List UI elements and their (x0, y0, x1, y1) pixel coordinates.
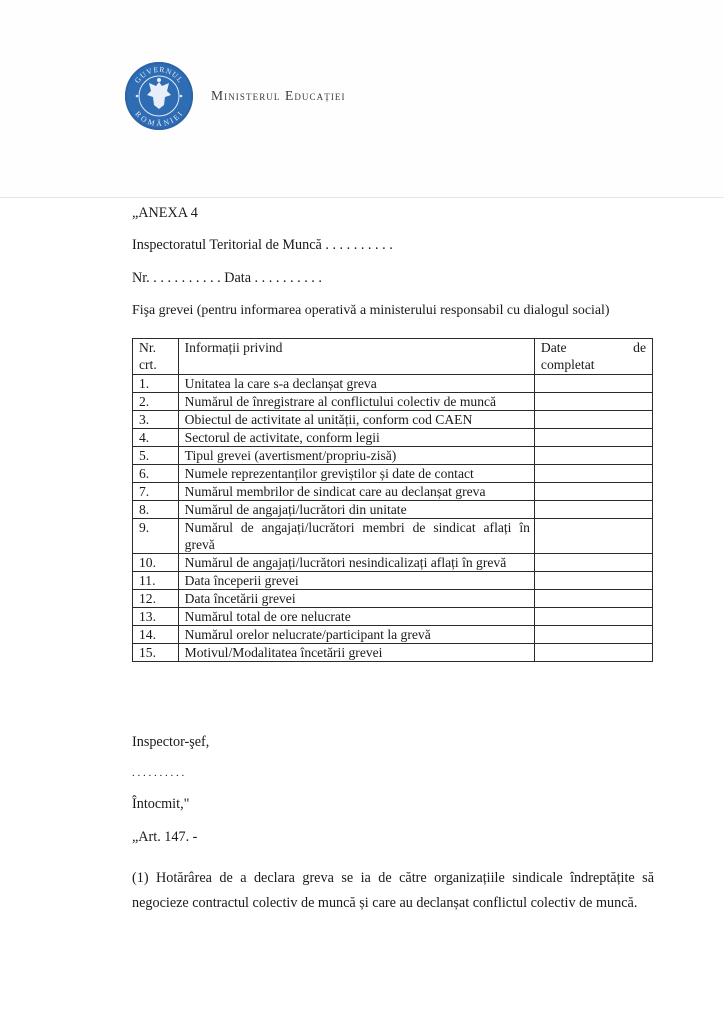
row-number: 10. (133, 554, 179, 572)
row-value-cell[interactable] (534, 375, 652, 393)
row-number: 15. (133, 644, 179, 662)
row-info: Numărul de angajați/lucrători din unitat… (178, 501, 534, 519)
article-heading: „Art. 147. - (132, 829, 197, 846)
row-info: Tipul grevei (avertisment/propriu-zisă) (178, 447, 534, 465)
row-info: Numărul total de ore nelucrate (178, 608, 534, 626)
row-value-cell[interactable] (534, 465, 652, 483)
government-seal-icon: GUVERNUL ROMÂNIEI (125, 62, 193, 130)
ministry-name: Ministerul Educației (211, 88, 346, 104)
table-row: 1.Unitatea la care s-a declanșat greva (133, 375, 653, 393)
row-number: 13. (133, 608, 179, 626)
table-row: 15.Motivul/Modalitatea încetării grevei (133, 644, 653, 662)
row-value-cell[interactable] (534, 554, 652, 572)
row-info: Numărul de angajați/lucrători nesindical… (178, 554, 534, 572)
table-row: 9.Numărul de angajați/lucrători membri d… (133, 519, 653, 554)
article-paragraph: (1) Hotărârea de a declara greva se ia d… (132, 866, 654, 916)
row-number: 11. (133, 572, 179, 590)
row-value-cell[interactable] (534, 393, 652, 411)
table-row: 12.Data încetării grevei (133, 590, 653, 608)
table-row: 7.Numărul membrilor de sindicat care au … (133, 483, 653, 501)
row-number: 5. (133, 447, 179, 465)
header-value: Date de completat (534, 339, 652, 375)
table-header-row: Nr. crt. Informații privind Date de comp… (133, 339, 653, 375)
table-row: 8.Numărul de angajați/lucrători din unit… (133, 501, 653, 519)
row-value-cell[interactable] (534, 429, 652, 447)
row-value-cell[interactable] (534, 590, 652, 608)
row-info: Numărul de înregistrare al conflictului … (178, 393, 534, 411)
signature-label: Inspector-şef, (132, 734, 209, 751)
table-row: 6.Numele reprezentanților greviștilor și… (133, 465, 653, 483)
row-number: 12. (133, 590, 179, 608)
row-number: 3. (133, 411, 179, 429)
table-row: 13.Numărul total de ore nelucrate (133, 608, 653, 626)
header-value-completat: completat (541, 356, 652, 373)
row-info: Data începerii grevei (178, 572, 534, 590)
header-value-date: Date (541, 339, 567, 356)
row-number: 6. (133, 465, 179, 483)
header-nr: Nr. crt. (133, 339, 179, 375)
row-number: 2. (133, 393, 179, 411)
annex-title: „ANEXA 4 (132, 205, 198, 222)
table-row: 5.Tipul grevei (avertisment/propriu-zisă… (133, 447, 653, 465)
form-title: Fişa grevei (pentru informarea operativă… (132, 303, 610, 319)
row-number: 1. (133, 375, 179, 393)
row-number: 8. (133, 501, 179, 519)
table-row: 14.Numărul orelor nelucrate/participant … (133, 626, 653, 644)
header-divider (0, 197, 724, 198)
row-value-cell[interactable] (534, 519, 652, 554)
table-row: 11.Data începerii grevei (133, 572, 653, 590)
row-info: Obiectul de activitate al unității, conf… (178, 411, 534, 429)
row-info: Numărul de angajați/lucrători membri de … (178, 519, 534, 554)
letterhead: GUVERNUL ROMÂNIEI Ministerul Educației (0, 0, 724, 196)
table-row: 4.Sectorul de activitate, conform legii (133, 429, 653, 447)
header-value-de: de (633, 339, 646, 356)
row-info: Sectorul de activitate, conform legii (178, 429, 534, 447)
table-row: 2.Numărul de înregistrare al conflictulu… (133, 393, 653, 411)
table-row: 10.Numărul de angajați/lucrători nesindi… (133, 554, 653, 572)
row-value-cell[interactable] (534, 483, 652, 501)
row-value-cell[interactable] (534, 626, 652, 644)
row-number: 14. (133, 626, 179, 644)
row-info: Numele reprezentanților greviștilor și d… (178, 465, 534, 483)
strike-form-table: Nr. crt. Informații privind Date de comp… (132, 338, 653, 662)
inspectorate-line: Inspectoratul Teritorial de Muncă . . . … (132, 237, 393, 254)
nr-data-line: Nr. . . . . . . . . . . Data . . . . . .… (132, 270, 322, 287)
row-value-cell[interactable] (534, 411, 652, 429)
table-row: 3.Obiectul de activitate al unității, co… (133, 411, 653, 429)
row-info: Numărul orelor nelucrate/participant la … (178, 626, 534, 644)
row-number: 9. (133, 519, 179, 554)
row-value-cell[interactable] (534, 608, 652, 626)
signature-dots: . . . . . . . . . . (132, 767, 184, 779)
row-info: Numărul membrilor de sindicat care au de… (178, 483, 534, 501)
row-info: Data încetării grevei (178, 590, 534, 608)
row-info: Unitatea la care s-a declanșat greva (178, 375, 534, 393)
row-value-cell[interactable] (534, 447, 652, 465)
header-info: Informații privind (178, 339, 534, 375)
row-value-cell[interactable] (534, 572, 652, 590)
prepared-by: Întocmit," (132, 796, 189, 813)
row-value-cell[interactable] (534, 644, 652, 662)
row-number: 4. (133, 429, 179, 447)
row-number: 7. (133, 483, 179, 501)
row-value-cell[interactable] (534, 501, 652, 519)
row-info: Motivul/Modalitatea încetării grevei (178, 644, 534, 662)
